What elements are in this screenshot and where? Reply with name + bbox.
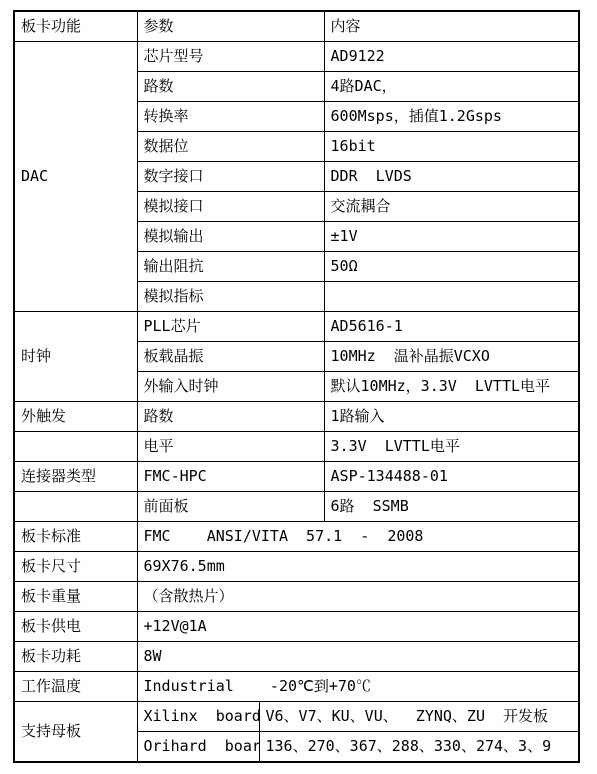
table-row: 板卡重量（含散热片）	[14, 582, 579, 612]
table-cell: 默认10MHz，3.3V LVTTL电平	[324, 372, 579, 402]
table-cell: 模拟指标	[137, 282, 324, 312]
table-cell: FMC-HPC	[137, 462, 324, 492]
table-cell: 69X76.5mm	[137, 552, 579, 582]
table-cell: 转换率	[137, 102, 324, 132]
header-cell: 板卡功能	[14, 11, 137, 42]
table-cell: 16bit	[324, 132, 579, 162]
table-cell: FMC ANSI/VITA 57.1 - 2008	[137, 522, 579, 552]
table-row: 支持母板Xilinx boardV6、V7、KU、VU、 ZYNQ、ZU 开发板	[14, 702, 579, 732]
table-row: DAC芯片型号AD9122	[14, 42, 579, 72]
table-cell: DDR LVDS	[324, 162, 579, 192]
table-cell: 路数	[137, 72, 324, 102]
header-cell: 参数	[137, 11, 324, 42]
table-cell: 数字接口	[137, 162, 324, 192]
header-row: 板卡功能参数内容	[14, 11, 579, 42]
table-cell: V6、V7、KU、VU、 ZYNQ、ZU 开发板	[259, 702, 579, 732]
table-cell: ±1V	[324, 222, 579, 252]
table-cell: 4路DAC，	[324, 72, 579, 102]
table-cell: 136、270、367、288、330、274、3、9	[259, 732, 579, 763]
table-cell: 3.3V LVTTL电平	[324, 432, 579, 462]
table-cell: Xilinx board	[137, 702, 259, 732]
table-cell: 板卡尺寸	[14, 552, 137, 582]
table-cell	[14, 432, 137, 462]
table-cell: AD5616-1	[324, 312, 579, 342]
table-row: 电平3.3V LVTTL电平	[14, 432, 579, 462]
table-cell: 6路 SSMB	[324, 492, 579, 522]
table-cell: 电平	[137, 432, 324, 462]
header-cell: 内容	[324, 11, 579, 42]
table-cell: 模拟输出	[137, 222, 324, 252]
table-cell: 路数	[137, 402, 324, 432]
table-cell: 板卡标准	[14, 522, 137, 552]
table-cell: 芯片型号	[137, 42, 324, 72]
table-cell: 外输入时钟	[137, 372, 324, 402]
table-row: 板卡标准FMC ANSI/VITA 57.1 - 2008	[14, 522, 579, 552]
table-cell: 10MHz 温补晶振VCXO	[324, 342, 579, 372]
table-cell: DAC	[14, 42, 137, 312]
table-cell: 输出阻抗	[137, 252, 324, 282]
table-cell: ASP-134488-01	[324, 462, 579, 492]
table-row: 时钟PLL芯片AD5616-1	[14, 312, 579, 342]
table-cell: 板载晶振	[137, 342, 324, 372]
table-cell: Orihard board	[137, 732, 259, 763]
table-row: 板卡尺寸69X76.5mm	[14, 552, 579, 582]
table-cell: 工作温度	[14, 672, 137, 702]
table-cell: 支持母板	[14, 702, 137, 763]
table-cell: 50Ω	[324, 252, 579, 282]
table-cell: Industrial -20℃到+70℃	[137, 672, 579, 702]
board-spec-table: 板卡功能参数内容DAC芯片型号AD9122路数4路DAC，转换率600Msps，…	[13, 10, 580, 763]
table-cell: +12V@1A	[137, 612, 579, 642]
table-row: 板卡功耗8W	[14, 642, 579, 672]
table-cell: 板卡供电	[14, 612, 137, 642]
table-cell: 8W	[137, 642, 579, 672]
table-row: 连接器类型FMC-HPCASP-134488-01	[14, 462, 579, 492]
table-cell: 600Msps，插值1.2Gsps	[324, 102, 579, 132]
table-cell: 交流耦合	[324, 192, 579, 222]
table-cell: 时钟	[14, 312, 137, 402]
table-row: 前面板6路 SSMB	[14, 492, 579, 522]
table-cell: 前面板	[137, 492, 324, 522]
table-cell: 外触发	[14, 402, 137, 432]
table-row: 板卡供电+12V@1A	[14, 612, 579, 642]
table-cell: 板卡功耗	[14, 642, 137, 672]
table-cell: 模拟接口	[137, 192, 324, 222]
spec-table-body: 板卡功能参数内容DAC芯片型号AD9122路数4路DAC，转换率600Msps，…	[14, 11, 579, 762]
table-cell: 数据位	[137, 132, 324, 162]
table-cell	[14, 492, 137, 522]
table-cell: PLL芯片	[137, 312, 324, 342]
table-cell	[324, 282, 579, 312]
table-cell: 1路输入	[324, 402, 579, 432]
table-cell: （含散热片）	[137, 582, 579, 612]
table-cell: 板卡重量	[14, 582, 137, 612]
table-cell: AD9122	[324, 42, 579, 72]
table-row: 工作温度Industrial -20℃到+70℃	[14, 672, 579, 702]
table-cell: 连接器类型	[14, 462, 137, 492]
table-row: 外触发路数1路输入	[14, 402, 579, 432]
